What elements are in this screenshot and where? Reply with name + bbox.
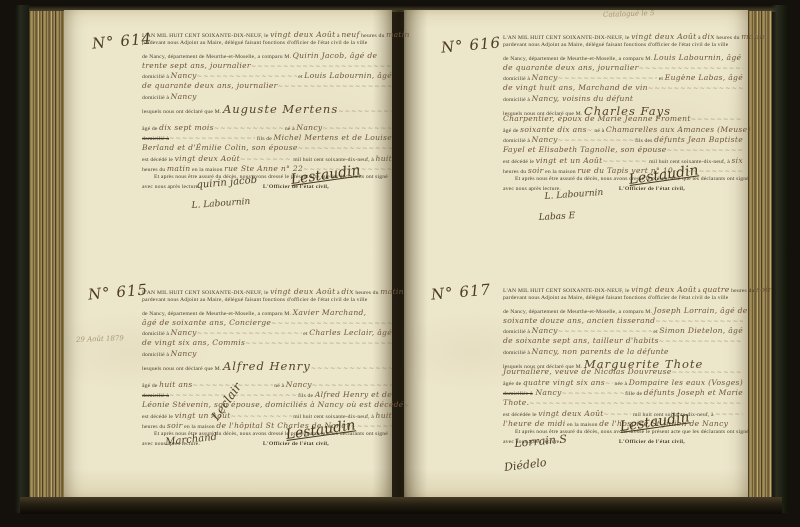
record-line: domicilié à Nancy~~~~~~~~~~~~~~~~~~~~~~~… bbox=[142, 328, 392, 338]
record-line: lesquels nous ont déclaré que M. Marguer… bbox=[503, 357, 743, 367]
record-line: domicilié à Nancy bbox=[142, 92, 392, 102]
printed-form-text: heures du bbox=[503, 169, 528, 175]
record-line: heures du soir en la maison rue du Tapis… bbox=[503, 166, 743, 176]
handwritten-entry: Louis Labournin, âgé bbox=[654, 53, 742, 62]
printed-form-text: et bbox=[302, 331, 310, 337]
printed-officer-label: L'Officier de l'état civil, bbox=[619, 439, 685, 445]
record-line: de quarante deux ans, journalier~~~~~~~~… bbox=[142, 81, 392, 91]
handwritten-entry: de vingt huit ans, Marchand de vin bbox=[503, 83, 648, 92]
handwritten-entry: soir bbox=[756, 285, 772, 294]
handwritten-entry: Quirin Jacob, âgé de bbox=[293, 51, 378, 60]
handwritten-entry: Nancy bbox=[171, 349, 197, 358]
handwritten-entry: quatre vingt six ans bbox=[523, 378, 605, 387]
handwritten-entry: quatre bbox=[702, 285, 729, 294]
handwritten-entry: Nancy bbox=[532, 326, 558, 335]
record-line: est décédé le vingt et un Août~~~~~~~~~~… bbox=[503, 156, 743, 166]
record-line: domicilié à~~~~~~~~~~~~~~~~~~~~~~~~~~~~~… bbox=[142, 390, 392, 400]
record-line: L'AN MIL HUIT CENT SOIXANTE-DIX-NEUF, le… bbox=[142, 287, 392, 297]
ink-fill-line: ~~~~~~~~~~~~~~~~~~~~~~~~~~~~~~~~~~~~~~~~… bbox=[602, 157, 647, 165]
ink-fill-line: ~~~~~~~~~~~~~~~~~~~~~~~~~~~~~~~~~~~~~~~~… bbox=[604, 410, 632, 418]
handwritten-entry: Nancy bbox=[296, 123, 322, 132]
ink-fill-line: ~~~~~~~~~~~~~~~~~~~~~~~~~~~~~~~~~~~~~~~~… bbox=[245, 339, 392, 347]
printed-form-text: heures du bbox=[730, 288, 756, 294]
record-line: de vingt six ans, Commis~~~~~~~~~~~~~~~~… bbox=[142, 338, 392, 348]
handwritten-entry: huit bbox=[376, 411, 392, 420]
handwritten-entry: Louis Labournin, âgé bbox=[304, 71, 392, 80]
handwritten-entry: trente sept ans, journalier bbox=[142, 61, 251, 70]
handwritten-entry: Léonie Stévenin, son épouse, domiciliés … bbox=[142, 400, 404, 409]
handwritten-entry: Eugène Labas, âgé bbox=[665, 73, 743, 82]
handwritten-entry: soixante dix ans bbox=[520, 125, 587, 134]
printed-form-text: L'AN MIL HUIT CENT SOIXANTE-DIX-NEUF, le bbox=[142, 33, 270, 39]
record-line: de vingt huit ans, Marchand de vin~~~~~~… bbox=[503, 83, 743, 93]
handwritten-entry: Alfred Henry et de bbox=[315, 390, 392, 399]
printed-form-text: domicilié à bbox=[142, 74, 171, 80]
ink-fill-line: ~~~~~~~~~~~~~~~~~~~~~~~~~~~~~~~~~~~~~~~~… bbox=[672, 368, 743, 376]
handwritten-entry: six bbox=[731, 156, 743, 165]
printed-form-text: pardevant nous Adjoint au Maire, délégué… bbox=[142, 297, 367, 303]
printed-form-text: domicilié à bbox=[503, 350, 532, 356]
record-line: lesquels nous ont déclaré que M. Auguste… bbox=[142, 102, 392, 112]
printed-form-text: lesquels nous ont déclaré que M. bbox=[142, 109, 223, 115]
ink-fill-line: ~~~~~~~~~~~~~~~~~~~~~~~~~~~~~~~~~~~~~~~~… bbox=[351, 422, 392, 430]
record-line: Berland et d'Émilie Colin, son épouse~~~… bbox=[142, 143, 392, 153]
printed-form-text: en la maison bbox=[190, 167, 224, 173]
record-line: de soixante sept ans, tailleur d'habits~… bbox=[503, 336, 743, 346]
handwritten-entry: de vingt six ans, Commis bbox=[142, 338, 245, 347]
printed-form-text: fils des bbox=[634, 138, 655, 144]
ink-fill-line: ~~~~~~~~~~~~~~~~~~~~~~~~~~~~~~~~~~~~~~~~… bbox=[169, 134, 255, 142]
handwritten-entry: matin bbox=[380, 287, 404, 296]
printed-form-text-struck: domiciliée à bbox=[503, 391, 533, 397]
printed-form-text: âgé de bbox=[142, 383, 159, 389]
printed-form-text: de Nancy, département de Meurthe-et-Mose… bbox=[142, 311, 293, 317]
handwritten-entry: soir bbox=[167, 421, 183, 430]
record-line: pardevant nous Adjoint au Maire, délégué… bbox=[142, 297, 392, 307]
record-line: L'AN MIL HUIT CENT SOIXANTE-DIX-NEUF, le… bbox=[503, 285, 743, 295]
margin-pencil-note: Catalogué le 5 bbox=[603, 9, 655, 19]
handwritten-entry: Nancy bbox=[532, 73, 558, 82]
printed-form-text: domicilié à bbox=[503, 138, 532, 144]
printed-form-text: domicilié à bbox=[142, 352, 171, 358]
ink-fill-line: ~~~~~~~~~~~~~~~~~~~~~~~~~~~~~~~~~~~~~~~~… bbox=[639, 64, 743, 72]
printed-form-text: est décédée le bbox=[503, 412, 538, 418]
printed-form-text: domicilié à bbox=[503, 97, 532, 103]
handwritten-entry: Charpentier, époux de Marie Jeanne Frome… bbox=[503, 114, 691, 123]
record-line: domiciliée à Nancy~~~~~~~~~~~~~~~~~~~~~~… bbox=[503, 388, 743, 398]
death-record-617: N° 617L'AN MIL HUIT CENT SOIXANTE-DIX-NE… bbox=[503, 285, 743, 450]
record-line: avec nous après lecture.L'Officier de l'… bbox=[503, 186, 743, 196]
ink-fill-line: ~~~~~~~~~~~~~~~~~~~~~~~~~~~~~~~~~~~~~~~~… bbox=[231, 412, 292, 420]
handwritten-entry: âgé de soixante ans, Concierge bbox=[142, 318, 271, 327]
ink-fill-line: ~~~~~~~~~~~~~~~~~~~~~~~~~~~~~~~~~~~~~~~~… bbox=[251, 62, 392, 70]
death-record-614: N° 614L'AN MIL HUIT CENT SOIXANTE-DIX-NE… bbox=[142, 30, 392, 195]
ink-fill-line: ~~~~~~~~~~~~~~~~~~~~~~~~~~~~~~~~~~~~~~~~… bbox=[648, 84, 743, 92]
printed-form-text: heures du bbox=[354, 290, 380, 296]
printed-form-text: en la maison bbox=[183, 424, 217, 430]
handwritten-entry: de soixante sept ans, tailleur d'habits bbox=[503, 336, 659, 345]
handwritten-entry: défunts Joseph et Marie bbox=[644, 388, 743, 397]
record-line: domicilié à Nancy~~~~~~~~~~~~~~~~~~~~~~~… bbox=[142, 71, 392, 81]
printed-form-text: mil huit cent soixante-dix-neuf, à bbox=[292, 157, 376, 163]
record-line: domicilié à Nancy~~~~~~~~~~~~~~~~~~~~~~~… bbox=[503, 135, 743, 145]
record-line: âgée de quatre vingt six ans~~~~~~~~~~~~… bbox=[503, 378, 743, 388]
ink-fill-line: ~~~~~~~~~~~~~~~~~~~~~~~~~~~~~~~~~~~~~~~~… bbox=[558, 327, 652, 335]
printed-form-text: heures du bbox=[142, 424, 167, 430]
handwritten-entry: défunts Jean Baptiste bbox=[654, 135, 743, 144]
margin-pencil-note: 29 Août 1879 bbox=[76, 334, 124, 344]
ink-fill-line: ~~~~~~~~~~~~~~~~~~~~~~~~~~~~~~~~~~~~~~~~… bbox=[562, 389, 624, 397]
printed-form-text: fils de bbox=[297, 393, 315, 399]
printed-form-text: fils de bbox=[255, 136, 273, 142]
printed-form-text-struck: domicilié à bbox=[142, 136, 169, 142]
record-line: domicilié à Nancy bbox=[142, 349, 392, 359]
ink-fill-line: ~~~~~~~~~~~~~~~~~~~~~~~~~~~~~~~~~~~~~~~~… bbox=[311, 364, 392, 372]
handwritten-entry: vingt deux Août bbox=[270, 30, 335, 39]
ink-fill-line: ~~~~~~~~~~~~~~~~~~~~~~~~~~~~~~~~~~~~~~~~… bbox=[197, 329, 302, 337]
handwritten-entry: de quarante deux ans, journalier bbox=[503, 63, 639, 72]
ink-fill-line: ~~~~~~~~~~~~~~~~~~~~~~~~~~~~~~~~~~~~~~~~… bbox=[659, 337, 743, 345]
printed-form-text: domicilié à bbox=[503, 329, 532, 335]
handwritten-entry: l'heure de midi bbox=[503, 419, 566, 428]
record-line: lesquels nous ont déclaré que M. Charles… bbox=[503, 104, 743, 114]
handwritten-entry: Michel Mertens et de Louise bbox=[274, 133, 392, 142]
handwritten-entry: dix sept mois bbox=[159, 123, 214, 132]
handwritten-entry: Nancy bbox=[286, 380, 312, 389]
record-line: domicilié à Nancy, non parents de la déf… bbox=[503, 347, 743, 357]
printed-form-text: de Nancy, département de Meurthe-et-Mose… bbox=[503, 56, 654, 62]
record-line: avec nous après lecture.L'Officier de l'… bbox=[142, 184, 392, 194]
handwritten-entry: de quarante deux ans, journalier bbox=[142, 81, 278, 90]
printed-form-text: est décédé le bbox=[503, 159, 536, 165]
handwritten-entry: vingt deux Août bbox=[175, 154, 240, 163]
printed-form-text: né à bbox=[283, 126, 296, 132]
declarant-signature: Labas E bbox=[538, 211, 575, 223]
printed-form-text: heures du bbox=[142, 167, 167, 173]
printed-form-text: âgé de bbox=[503, 128, 520, 134]
ink-fill-line: ~~~~~~~~~~~~~~~~~~~~~~~~~~~~~~~~~~~~~~~~… bbox=[278, 82, 392, 90]
ink-fill-line: ~~~~~~~~~~~~~~~~~~~~~~~~~~~~~~~~~~~~~~~~… bbox=[197, 72, 297, 80]
ink-fill-line: ~~~~~~~~~~~~~~~~~~~~~~~~~~~~~~~~~~~~~~~~… bbox=[338, 107, 392, 115]
register-book: N° 614L'AN MIL HUIT CENT SOIXANTE-DIX-NE… bbox=[0, 0, 800, 527]
printed-form-text: heures du bbox=[715, 35, 741, 41]
printed-form-text: avec nous après lecture. bbox=[142, 184, 200, 190]
handwritten-entry: Simon Dietelon, âgé bbox=[659, 326, 743, 335]
declarant-signature: L. Labournin bbox=[191, 197, 250, 211]
handwritten-entry: huit ans bbox=[159, 380, 192, 389]
ink-fill-line: ~~~~~~~~~~~~~~~~~~~~~~~~~~~~~~~~~~~~~~~~… bbox=[558, 74, 657, 82]
ink-fill-line: ~~~~~~~~~~~~~~~~~~~~~~~~~~~~~~~~~~~~~~~~… bbox=[214, 124, 283, 132]
record-line: de Nancy, département de Meurthe-et-Mose… bbox=[503, 306, 743, 316]
deceased-name: Alfred Henry bbox=[223, 359, 311, 373]
handwritten-entry: neuf bbox=[341, 30, 359, 39]
record-line: domicilié à Nancy, voisins du défunt bbox=[503, 94, 743, 104]
record-line: domicilié à~~~~~~~~~~~~~~~~~~~~~~~~~~~~~… bbox=[142, 133, 392, 143]
printed-form-text: âgé de bbox=[142, 126, 159, 132]
handwritten-entry: Xavier Marchand, bbox=[293, 308, 367, 317]
handwritten-entry: matin bbox=[167, 164, 191, 173]
ink-fill-line: ~~~~~~~~~~~~~~~~~~~~~~~~~~~~~~~~~~~~~~~~… bbox=[605, 379, 613, 387]
record-line: pardevant nous Adjoint au Maire, délégué… bbox=[503, 42, 743, 52]
record-line: L'AN MIL HUIT CENT SOIXANTE-DIX-NEUF, le… bbox=[503, 32, 743, 42]
printed-form-text: en la maison bbox=[544, 169, 578, 175]
printed-form-text: et bbox=[652, 329, 660, 335]
printed-form-text: est décédé le bbox=[142, 414, 175, 420]
record-line: lesquels nous ont déclaré que M. Alfred … bbox=[142, 359, 392, 369]
printed-form-text: âgée de bbox=[503, 381, 523, 387]
handwritten-entry: vingt deux Août bbox=[631, 32, 696, 41]
printed-form-text: de Nancy, département de Meurthe-et-Mose… bbox=[142, 54, 293, 60]
printed-form-text: heures du bbox=[360, 33, 386, 39]
record-line: trente sept ans, journalier~~~~~~~~~~~~~… bbox=[142, 61, 392, 71]
handwritten-entry: Thote. bbox=[503, 398, 529, 407]
record-line: Fayel et Elisabeth Tagnolle, son épouse~… bbox=[503, 145, 743, 155]
ink-fill-line: ~~~~~~~~~~~~~~~~~~~~~~~~~~~~~~~~~~~~~~~~… bbox=[240, 155, 292, 163]
printed-form-text: est décédé le bbox=[142, 157, 175, 163]
ink-fill-line: ~~~~~~~~~~~~~~~~~~~~~~~~~~~~~~~~~~~~~~~~… bbox=[529, 399, 743, 407]
handwritten-entry: matin bbox=[741, 32, 765, 41]
handwritten-entry: Nancy, non parents de la défunte bbox=[532, 347, 669, 356]
printed-form-text-struck: domicilié à bbox=[142, 393, 169, 399]
printed-form-text: L'AN MIL HUIT CENT SOIXANTE-DIX-NEUF, le bbox=[142, 290, 270, 296]
handwritten-entry: vingt et un Août bbox=[536, 156, 603, 165]
record-number: N° 617 bbox=[430, 280, 491, 303]
handwritten-entry: Berland et d'Émilie Colin, son épouse bbox=[142, 143, 298, 152]
record-line: âgé de soixante dix ans~~~~~~~~~~~~~~~~~… bbox=[503, 125, 743, 135]
record-line: L'AN MIL HUIT CENT SOIXANTE-DIX-NEUF, le… bbox=[142, 30, 392, 40]
handwritten-entry: Nancy bbox=[533, 388, 562, 397]
printed-form-text: mil huit cent soixante-dix-neuf, à bbox=[292, 414, 376, 420]
record-line: de Nancy, département de Meurthe-et-Mose… bbox=[503, 53, 743, 63]
handwritten-entry: soir bbox=[528, 166, 544, 175]
declarant-signature: Diédelo bbox=[503, 456, 547, 474]
printed-form-text: en la maison bbox=[566, 422, 600, 428]
printed-form-text: né à bbox=[273, 383, 286, 389]
record-number: N° 615 bbox=[87, 280, 148, 303]
handwritten-entry: Dompaire les eaux (Vosges) bbox=[629, 378, 743, 387]
ink-fill-line: ~~~~~~~~~~~~~~~~~~~~~~~~~~~~~~~~~~~~~~~~… bbox=[312, 381, 392, 389]
record-line: soixante douze ans, ancien tisserand~~~~… bbox=[503, 316, 743, 326]
record-line: pardevant nous Adjoint au Maire, délégué… bbox=[503, 295, 743, 305]
ink-fill-line: ~~~~~~~~~~~~~~~~~~~~~~~~~~~~~~~~~~~~~~~~… bbox=[667, 146, 743, 154]
handwritten-entry: Fayel et Elisabeth Tagnolle, son épouse bbox=[503, 145, 667, 154]
handwritten-entry: Chamarelles aux Amances (Meuse) bbox=[606, 125, 751, 134]
handwritten-entry: Nancy bbox=[171, 71, 197, 80]
ink-fill-line: ~~~~~~~~~~~~~~~~~~~~~~~~~~~~~~~~~~~~~~~~… bbox=[715, 410, 743, 418]
record-line: de Nancy, département de Meurthe-et-Mose… bbox=[142, 51, 392, 61]
record-line: âgé de huit ans~~~~~~~~~~~~~~~~~~~~~~~~~… bbox=[142, 380, 392, 390]
record-line: Thote.~~~~~~~~~~~~~~~~~~~~~~~~~~~~~~~~~~… bbox=[503, 398, 743, 408]
printed-form-text: de Nancy, département de Meurthe-et-Mose… bbox=[503, 309, 654, 315]
ink-fill-line: ~~~~~~~~~~~~~~~~~~~~~~~~~~~~~~~~~~~~~~~~… bbox=[655, 317, 743, 325]
handwritten-entry: dix bbox=[341, 287, 353, 296]
handwritten-entry: vingt deux Août bbox=[270, 287, 335, 296]
handwritten-entry: Nancy, voisins du défunt bbox=[532, 94, 634, 103]
handwritten-entry: Nancy bbox=[532, 135, 558, 144]
record-number: N° 616 bbox=[440, 33, 501, 56]
printed-form-text: lesquels nous ont déclaré que M. bbox=[142, 366, 223, 372]
printed-form-text: né à bbox=[593, 128, 606, 134]
record-line: Et après nous être assuré du décès, nous… bbox=[503, 176, 743, 186]
printed-form-text: pardevant nous Adjoint au Maire, délégué… bbox=[503, 295, 728, 301]
printed-form-text: domicilié à bbox=[142, 95, 171, 101]
death-record-616: N° 616Catalogué le 5L'AN MIL HUIT CENT S… bbox=[503, 32, 743, 197]
record-line: âgé de dix sept mois~~~~~~~~~~~~~~~~~~~~… bbox=[142, 123, 392, 133]
printed-officer-label: L'Officier de l'état civil, bbox=[619, 186, 685, 192]
printed-officer-label: L'Officier de l'état civil, bbox=[263, 441, 329, 447]
handwritten-entry: Nancy bbox=[171, 328, 197, 337]
record-line: de Nancy, département de Meurthe-et-Mose… bbox=[142, 308, 392, 318]
record-line: est décédée le vingt deux Août~~~~~~~~~~… bbox=[503, 409, 743, 419]
record-line: domicilié à Nancy~~~~~~~~~~~~~~~~~~~~~~~… bbox=[503, 326, 743, 336]
printed-form-text: L'AN MIL HUIT CENT SOIXANTE-DIX-NEUF, le bbox=[503, 35, 631, 41]
handwritten-entry: soixante douze ans, ancien tisserand bbox=[503, 316, 655, 325]
deceased-name: Auguste Mertens bbox=[223, 102, 338, 116]
record-line: Charpentier, époux de Marie Jeanne Frome… bbox=[503, 114, 743, 124]
handwritten-entry: Joseph Lorrain, âgé de bbox=[654, 306, 748, 315]
handwritten-entry: dix bbox=[702, 32, 714, 41]
ink-fill-line: ~~~~~~~~~~~~~~~~~~~~~~~~~~~~~~~~~~~~~~~~… bbox=[691, 115, 743, 123]
handwritten-entry: vingt deux Août bbox=[631, 285, 696, 294]
ink-fill-line: ~~~~~~~~~~~~~~~~~~~~~~~~~~~~~~~~~~~~~~~~… bbox=[271, 319, 392, 327]
record-line: domicilié à Nancy~~~~~~~~~~~~~~~~~~~~~~~… bbox=[503, 73, 743, 83]
record-line: Journalière, veuve de Nicolas Douvreuse~… bbox=[503, 367, 743, 377]
printed-form-text: et bbox=[657, 76, 665, 82]
record-line: âgé de soixante ans, Concierge~~~~~~~~~~… bbox=[142, 318, 392, 328]
printed-form-text: pardevant nous Adjoint au Maire, délégué… bbox=[142, 40, 367, 46]
record-line: pardevant nous Adjoint au Maire, délégué… bbox=[142, 40, 392, 50]
printed-form-text: pardevant nous Adjoint au Maire, délégué… bbox=[503, 42, 728, 48]
printed-form-text: fille de bbox=[624, 391, 644, 397]
handwritten-entry: Charles Leclair, âgé bbox=[309, 328, 392, 337]
record-line: Léonie Stévenin, son épouse, domiciliés … bbox=[142, 400, 392, 410]
death-record-615: N° 61529 Août 1879L'AN MIL HUIT CENT SOI… bbox=[142, 287, 392, 452]
printed-form-text: L'AN MIL HUIT CENT SOIXANTE-DIX-NEUF, le bbox=[503, 288, 631, 294]
printed-form-text: domicilié à bbox=[142, 331, 171, 337]
handwritten-entry: matin bbox=[386, 30, 410, 39]
printed-form-text: domicilié à bbox=[503, 76, 532, 82]
handwritten-entry: vingt deux Août bbox=[538, 409, 603, 418]
record-line: de quarante deux ans, journalier~~~~~~~~… bbox=[503, 63, 743, 73]
ink-fill-line: ~~~~~~~~~~~~~~~~~~~~~~~~~~~~~~~~~~~~~~~~… bbox=[323, 124, 392, 132]
ink-fill-line: ~~~~~~~~~~~~~~~~~~~~~~~~~~~~~~~~~~~~~~~~… bbox=[558, 136, 634, 144]
ink-fill-line: ~~~~~~~~~~~~~~~~~~~~~~~~~~~~~~~~~~~~~~~~… bbox=[404, 401, 410, 409]
handwritten-entry: Journalière, veuve de Nicolas Douvreuse bbox=[503, 367, 672, 376]
handwritten-entry: huit bbox=[376, 154, 392, 163]
printed-form-text: née à bbox=[613, 381, 629, 387]
ink-fill-line: ~~~~~~~~~~~~~~~~~~~~~~~~~~~~~~~~~~~~~~~~… bbox=[298, 144, 392, 152]
records-layer: N° 614L'AN MIL HUIT CENT SOIXANTE-DIX-NE… bbox=[0, 0, 800, 527]
handwritten-entry: Nancy bbox=[171, 92, 197, 101]
